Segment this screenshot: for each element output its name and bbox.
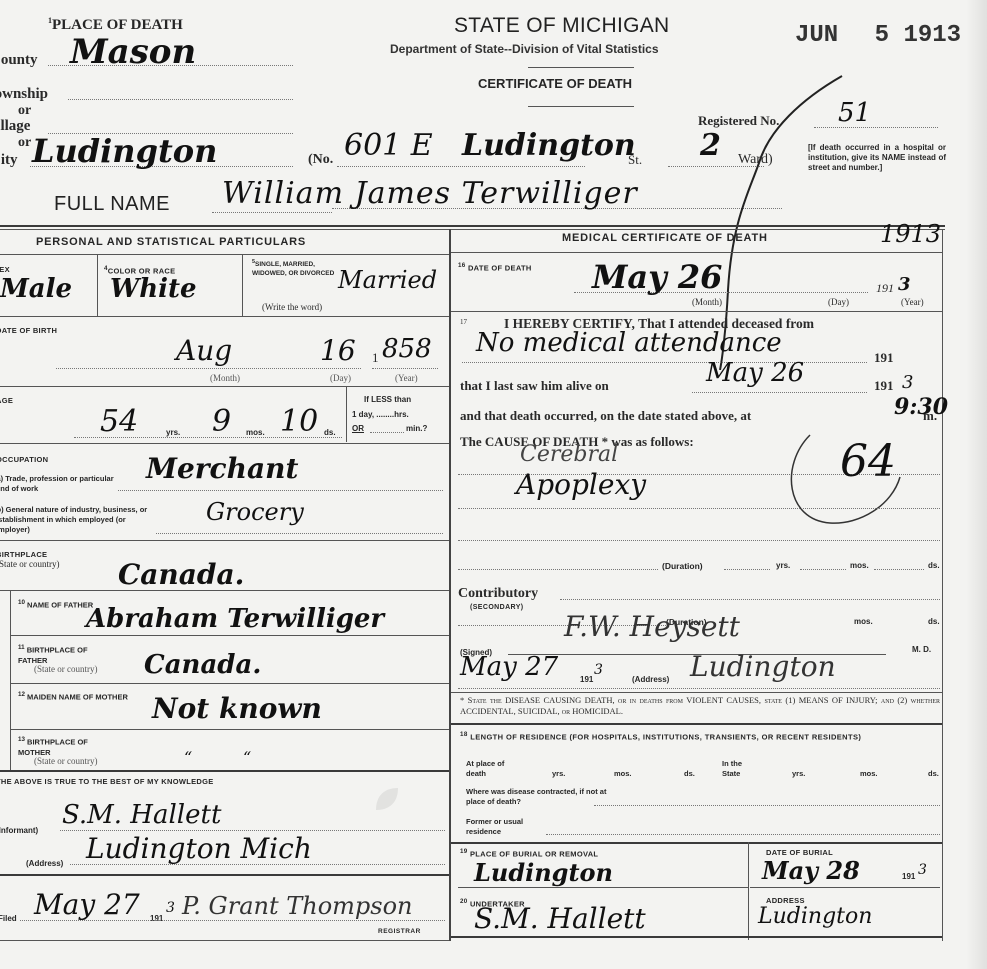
medical-section-title: MEDICAL CERTIFICATE OF DEATH <box>562 232 768 244</box>
father-name-value[interactable]: Abraham Terwilliger <box>86 604 384 634</box>
street-number-value[interactable]: 601 E <box>344 128 433 163</box>
death-time-suffix: m. <box>923 408 937 424</box>
color-value[interactable]: White <box>110 274 197 304</box>
age-months-value[interactable]: 9 <box>212 404 231 439</box>
dod-year-value[interactable]: 3 <box>898 274 911 295</box>
undertaker-address-value[interactable]: Ludington <box>758 904 872 929</box>
county-value[interactable]: Mason <box>70 32 196 72</box>
primary-duration-label: (Duration) <box>662 561 703 571</box>
dod-year-hint: (Year) <box>901 297 924 307</box>
burial-place-label: 19 PLACE OF BURIAL OR REMOVAL <box>460 848 598 859</box>
death-certificate: 1PLACE OF DEATH STATE OF MICHIGAN Depart… <box>0 0 987 969</box>
birthplace-label: BIRTHPLACE <box>0 550 47 559</box>
city-label: City <box>0 152 18 169</box>
informant-address-label: (Address) <box>26 859 63 868</box>
filed-year-prefix: 191 <box>150 914 163 923</box>
date-of-death-label: 16 DATE OF DEATH <box>458 262 532 273</box>
in-state-label: In the State <box>722 759 758 779</box>
leaf-watermark-icon <box>372 784 402 814</box>
at-place-label: At place of death <box>466 759 516 779</box>
death-time-text: and that death occurred, on the date sta… <box>460 408 751 424</box>
attended-from-value[interactable]: No medical attendance <box>476 328 782 358</box>
age-days-value[interactable]: 10 <box>280 404 318 439</box>
age-label: AGE <box>0 396 13 405</box>
mother-birthplace-label: 13 BIRTHPLACE OF MOTHER <box>18 735 114 758</box>
less-or-label: OR <box>352 424 364 433</box>
age-mos-label: mos. <box>246 428 265 437</box>
informant-statement: THE ABOVE IS TRUE TO THE BEST OF MY KNOW… <box>0 777 214 786</box>
father-birthplace-value[interactable]: Canada. <box>144 650 261 680</box>
primary-yrs-label: yrs. <box>776 561 790 570</box>
title-rule-bottom <box>528 106 634 107</box>
certify-number: 17 <box>460 318 467 326</box>
dob-label: DATE OF BIRTH <box>0 326 57 335</box>
received-stamp: JUN 5 1913 <box>795 22 961 49</box>
marital-label: 5SINGLE, MARRIED, WIDOWED, OR DIVORCED <box>252 258 342 278</box>
last-saw-value[interactable]: May 26 <box>706 358 804 388</box>
undertaker-value[interactable]: S.M. Hallett <box>474 902 646 935</box>
registrar-value[interactable]: P. Grant Thompson <box>182 892 412 920</box>
father-birthplace-hint: (State or country) <box>34 664 97 674</box>
full-name-label: FULL NAME <box>54 193 170 216</box>
burial-date-value[interactable]: May 28 <box>762 856 860 885</box>
md-label: M. D. <box>912 645 931 654</box>
township-label: Township <box>0 86 48 103</box>
in-state-mos: mos. <box>860 769 878 778</box>
physician-signature-value[interactable]: F.W. Heysett <box>564 610 740 643</box>
informant-label: (Informant) <box>0 826 38 835</box>
dob-year-prefix: 1 <box>372 350 379 366</box>
mother-birthplace-hint: (State or country) <box>34 756 97 766</box>
sex-value[interactable]: Male <box>0 274 72 304</box>
occupation-a-label: (a) Trade, profession or particular kind… <box>0 474 116 494</box>
father-birthplace-label: 11 BIRTHPLACE OF FATHER <box>18 643 114 666</box>
department-line: Department of State--Division of Vital S… <box>390 42 659 56</box>
county-label: County <box>0 52 38 69</box>
signed-date-value[interactable]: May 27 <box>460 652 558 682</box>
certificate-title: CERTIFICATE OF DEATH <box>478 76 632 91</box>
full-name-value[interactable]: William James Terwilliger <box>222 176 638 211</box>
filed-year-value[interactable]: 3 <box>166 900 175 916</box>
death-time-value[interactable]: 9:30 <box>894 394 948 420</box>
last-saw-year-value[interactable]: 3 <box>902 372 913 393</box>
state-title: STATE OF MICHIGAN <box>454 14 670 38</box>
at-place-ds: ds. <box>684 769 695 778</box>
attended-191-b: 191 <box>874 350 894 366</box>
or-label-1: or <box>18 103 31 119</box>
dod-day-hint: (Day) <box>828 297 849 307</box>
mother-name-label: 12 MAIDEN NAME OF MOTHER <box>18 690 128 703</box>
informant-address-value[interactable]: Ludington Mich <box>86 832 312 865</box>
in-state-ds: ds. <box>928 769 939 778</box>
or-label-2: or <box>18 135 31 151</box>
age-yrs-label: yrs. <box>166 428 180 437</box>
informant-value[interactable]: S.M. Hallett <box>62 800 221 830</box>
dob-month-hint: (Month) <box>210 373 240 383</box>
disease-contracted-label: Where was disease contracted, if not at … <box>466 787 626 807</box>
marital-hint: (Write the word) <box>262 302 322 312</box>
cause-code-value[interactable]: 64 <box>840 436 896 487</box>
street-label: St. <box>628 152 642 168</box>
registrar-label: REGISTRAR <box>378 928 421 935</box>
burial-year-value[interactable]: 3 <box>918 862 927 878</box>
filed-date-value[interactable]: May 27 <box>34 888 140 921</box>
former-residence-label: Former or usual residence <box>466 817 526 837</box>
signed-address-value[interactable]: Ludington <box>690 650 836 683</box>
birthplace-hint: (State or country) <box>0 559 59 569</box>
cause-line-2-value[interactable]: Apoplexy <box>516 468 646 501</box>
burial-year-prefix: 191 <box>902 872 915 881</box>
sex-label: SEX <box>0 265 10 274</box>
secondary-label: (SECONDARY) <box>470 604 524 611</box>
age-ds-label: ds. <box>324 428 336 437</box>
occupation-b-value[interactable]: Grocery <box>206 498 304 526</box>
burial-place-value[interactable]: Ludington <box>474 858 613 887</box>
at-place-yrs: yrs. <box>552 769 565 778</box>
age-years-value[interactable]: 54 <box>100 404 138 439</box>
residence-title: 18 LENGTH OF RESIDENCE (FOR HOSPITALS, I… <box>460 729 940 743</box>
street-name-value[interactable]: Ludington <box>462 128 636 163</box>
less-day-hrs-label: 1 day, ........hrs. <box>352 410 409 419</box>
village-label: Village <box>0 118 30 135</box>
secondary-ds-label: ds. <box>928 617 940 626</box>
city-value[interactable]: Ludington <box>32 132 217 170</box>
cause-footnote: * State the DISEASE CAUSING DEATH, or in… <box>460 695 940 717</box>
occupation-a-value[interactable]: Merchant <box>146 452 298 485</box>
dod-year-prefix: 191 <box>876 281 894 296</box>
primary-ds-label: ds. <box>928 561 940 570</box>
contributory-label: Contributory <box>458 586 538 602</box>
filed-label: Filed <box>0 914 17 923</box>
signed-year-prefix: 191 <box>580 675 593 684</box>
less-than-label: If LESS than <box>364 395 411 404</box>
occupation-label: OCCUPATION <box>0 455 48 464</box>
occupation-b-label: (b) General nature of industry, business… <box>0 505 150 535</box>
dob-year-hint: (Year) <box>395 373 418 383</box>
date-of-death-value[interactable]: May 26 <box>592 258 722 296</box>
cause-line-1-value[interactable]: Cerebral <box>520 442 618 467</box>
street-no-label: (No. <box>308 152 333 168</box>
scan-edge-shadow <box>966 0 987 969</box>
primary-mos-label: mos. <box>850 561 869 570</box>
mother-name-value[interactable]: Not known <box>152 692 322 725</box>
dob-day-value[interactable]: 16 <box>320 334 356 367</box>
dob-day-hint: (Day) <box>330 373 351 383</box>
in-state-yrs: yrs. <box>792 769 805 778</box>
dob-month-value[interactable]: Aug <box>176 334 232 367</box>
secondary-mos-label: mos. <box>854 617 873 626</box>
personal-section-title: PERSONAL AND STATISTICAL PARTICULARS <box>36 236 306 248</box>
marital-value[interactable]: Married <box>338 266 437 294</box>
medical-year-note: 1913 <box>880 220 941 248</box>
signed-year-value[interactable]: 3 <box>594 662 603 678</box>
less-min-label: min.? <box>406 424 427 433</box>
at-place-mos: mos. <box>614 769 632 778</box>
last-saw-text: that I last saw him alive on <box>460 378 609 394</box>
dod-month-hint: (Month) <box>692 297 722 307</box>
birthplace-value[interactable]: Canada. <box>118 558 244 591</box>
title-rule-top <box>528 67 634 68</box>
dob-year-value[interactable]: 858 <box>382 334 432 364</box>
signed-address-label: (Address) <box>632 675 669 684</box>
last-saw-year-prefix: 191 <box>874 378 894 394</box>
mother-birthplace-value[interactable]: “ “ <box>184 748 251 767</box>
